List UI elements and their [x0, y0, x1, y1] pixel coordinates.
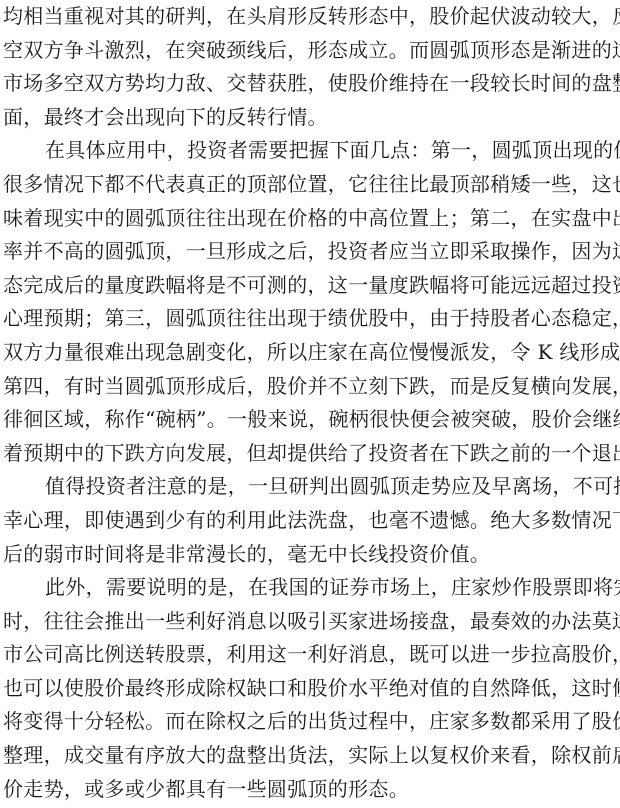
text-line: 双方力量很难出现急剧变化，所以庄家在高位慢慢派发，令 K 线形成圆弧；	[3, 336, 617, 370]
text-line: 在具体应用中，投资者需要把握下面几点：第一，圆弧顶出现的位置在	[3, 134, 617, 168]
text-line: 很多情况下都不代表真正的顶部位置，它往往比最顶部稍矮一些，这也就意	[3, 168, 617, 202]
text-line: 第四，有时当圆弧顶形成后，股价并不立刻下跌，而是反复横向发展，形成	[3, 370, 617, 404]
paragraph-2: 在具体应用中，投资者需要把握下面几点：第一，圆弧顶出现的位置在 很多情况下都不代…	[3, 134, 617, 470]
text-line: 率并不高的圆弧顶，一旦形成之后，投资者应当立即采取操作，因为这一形	[3, 235, 617, 269]
text-line: 态完成后的量度跌幅将是不可测的，这一量度跌幅将可能远远超过投资者的	[3, 269, 617, 303]
text-line: 面，最终才会出现向下的反转行情。	[3, 101, 617, 135]
text-line: 均相当重视对其的研判，在头肩形反转形态中，股价起伏波动较大，反应多	[3, 0, 617, 34]
paragraph-4: 此外，需要说明的是，在我国的证券市场上，庄家炒作股票即将完成 时，往往会推出一些…	[3, 571, 617, 806]
paragraph-3: 值得投资者注意的是，一旦研判出圆弧顶走势应及早离场，不可抱有侥 幸心理，即使遇到…	[3, 470, 617, 571]
text-line: 味着现实中的圆弧顶往往出现在价格的中高位置上；第二，在实盘中出现频	[3, 202, 617, 236]
text-line: 幸心理，即使遇到少有的利用此法洗盘，也毫不遗憾。绝大多数情况下，其	[3, 504, 617, 538]
text-line: 后的弱市时间将是非常漫长的，毫无中长线投资价值。	[3, 538, 617, 572]
text-line: 此外，需要说明的是，在我国的证券市场上，庄家炒作股票即将完成	[3, 571, 617, 605]
text-line: 时，往往会推出一些利好消息以吸引买家进场接盘，最奏效的办法莫过于上	[3, 605, 617, 639]
paragraph-1: 均相当重视对其的研判，在头肩形反转形态中，股价起伏波动较大，反应多 空双方争斗激…	[3, 0, 617, 134]
text-line: 市场多空双方势均力敌、交替获胜，使股价维持在一段较长时间的盘整局	[3, 67, 617, 101]
text-line: 着预期中的下跌方向发展，但却提供给了投资者在下跌之前的一个退出机会。	[3, 437, 617, 471]
text-line: 值得投资者注意的是，一旦研判出圆弧顶走势应及早离场，不可抱有侥	[3, 470, 617, 504]
text-line: 也可以使股价最终形成除权缺口和股价水平绝对值的自然降低，这时候出货	[3, 672, 617, 706]
text-line: 空双方争斗激烈，在突破颈线后，形态成立。而圆弧顶形态是渐进的过程，	[3, 34, 617, 68]
document-page: 均相当重视对其的研判，在头肩形反转形态中，股价起伏波动较大，反应多 空双方争斗激…	[3, 0, 617, 806]
text-line: 价走势，或多或少都具有一些圆弧顶的形态。	[3, 773, 617, 807]
text-line: 整理，成交量有序放大的盘整出货法，实际上以复权价来看，除权前后的股	[3, 739, 617, 773]
text-line: 将变得十分轻松。而在除权之后的出货过程中，庄家多数都采用了股价横盘	[3, 705, 617, 739]
text-line: 市公司高比例送转股票，利用这一利好消息，既可以进一步拉高股价，同时	[3, 638, 617, 672]
text-line: 心理预期；第三，圆弧顶往往出现于绩优股中，由于持股者心态稳定，多空	[3, 302, 617, 336]
text-line: 徘徊区域，称作“碗柄”。一般来说，碗柄很快便会被突破，股价会继续朝	[3, 403, 617, 437]
